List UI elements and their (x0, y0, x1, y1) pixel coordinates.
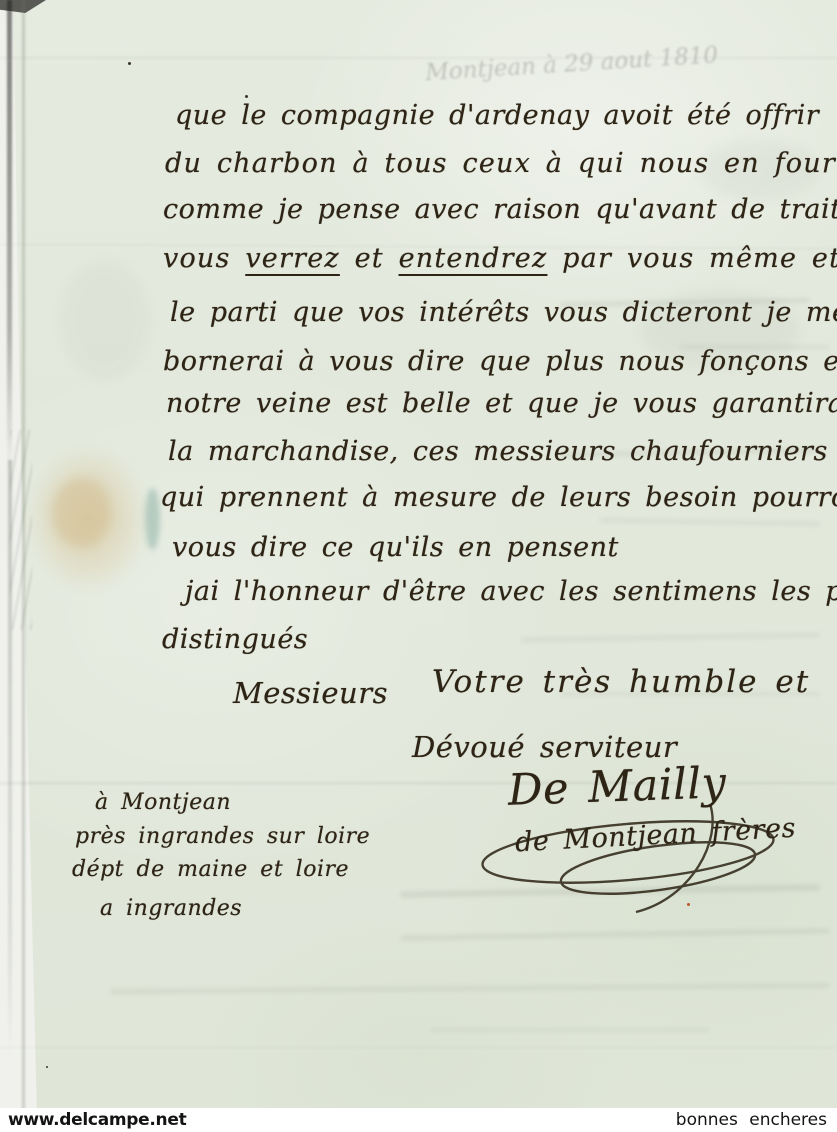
letter-line-3: comme je pense avec raison qu'avant de t… (163, 194, 837, 225)
valediction-line-1: Votre très humble et (432, 664, 810, 700)
letter-line-4: vous verrez et entendrez par vous même e… (163, 243, 837, 274)
underlined-word-verrez: verrez (245, 243, 339, 274)
letter-line-7: notre veine est belle et que je vous gar… (166, 388, 837, 419)
ink-speck (245, 95, 248, 98)
ink-speck (128, 62, 131, 65)
fold-crease (0, 1046, 837, 1051)
letter-line-2: du charbon à tous ceux à qui nous en fou… (165, 148, 837, 179)
letter-line-12: distingués (162, 624, 308, 655)
paper-edge-shadow (7, 0, 12, 470)
line4-text: et (340, 243, 399, 274)
watermark-delcampe: www.delcampe.net (8, 1110, 186, 1130)
signature-name: De Mailly (507, 758, 727, 816)
letter-line-1: que le compagnie d'ardenay avoit été off… (175, 100, 819, 131)
fold-crease-vertical (21, 0, 26, 1110)
stain (52, 478, 112, 548)
sender-address-line-2: près ingrandes sur loire (75, 824, 370, 849)
valediction-line-2: Dévoué serviteur (412, 730, 677, 764)
ink-speck (46, 1066, 48, 1068)
letter-line-8: la marchandise, ces messieurs chaufourni… (168, 436, 837, 467)
line4-text: vous (163, 243, 245, 274)
sender-address-line-3: dépt de maine et loire (72, 857, 349, 882)
letter-line-9: qui prennent à mesure de leurs besoin po… (160, 482, 837, 513)
letter-line-5: le parti que vos intérêts vous dicteront… (170, 297, 837, 328)
closing-salutation: Messieurs (233, 676, 388, 710)
letter-line-6: bornerai à vous dire que plus nous fonço… (163, 346, 837, 377)
bleed-through-patch (60, 260, 150, 380)
letter-line-10: vous dire ce qu'ils en pensent (172, 532, 619, 563)
bleed-through-line (430, 1028, 710, 1032)
letter-line-11: jai l'honneur d'être avec les sentimens … (185, 576, 837, 607)
footer-band: www.delcampe.net bonnes encheres (0, 1108, 837, 1132)
scanned-letter: Montjean à 29 aout 1810 que le compagnie… (0, 0, 837, 1132)
watermark-bonnes-encheres: bonnes encheres (676, 1110, 827, 1130)
sender-address-line-4: a ingrandes (100, 896, 242, 921)
sender-address-line-1: à Montjean (95, 790, 231, 815)
ink-smudge (145, 488, 160, 550)
underlined-word-entendrez: entendrez (399, 243, 548, 274)
line4-text: par vous même et prendre (547, 243, 837, 274)
